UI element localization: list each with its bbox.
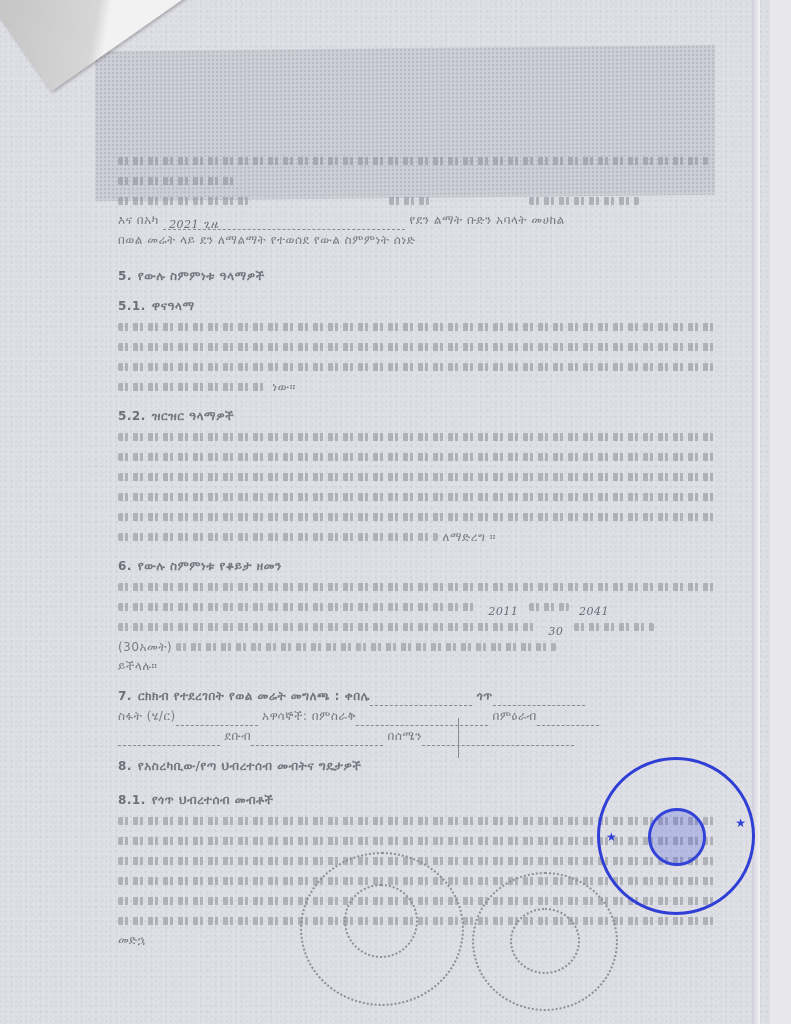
section-7-fields-row-3: ደቡብ በሰሜን [118,726,728,746]
pen-mark [458,718,459,758]
section-7-fields-row-2: ስፋት (ሄ/ር) አዋሳኞች: በምስራቅ በምዕራብ [118,706,728,726]
section-5-heading: 5.የውሉ ስምምነቱ ዓላማዎች [118,266,728,286]
faded-stamp-center [472,872,618,1011]
page-edge [752,0,760,1024]
section-5-1-heading: 5.1.ዋናዓላማ [118,296,728,316]
intro-line-1: እና በአካ 2021 ጊዜ የደን ልማት ቡድን አባላት መሀከል [118,210,728,230]
section-6-body: 2011 2041 30 (30አመት) ይችላሉ። [118,576,728,676]
section-5-1-body: ነው። [118,316,728,396]
official-blue-stamp: ★ ★ [597,757,755,915]
star-icon: ★ [606,830,617,844]
star-icon: ★ [735,816,746,830]
intro-prefix: እና በአካ [118,213,159,227]
scanned-page: እና በአካ 2021 ጊዜ የደን ልማት ቡድን አባላት መሀከል በወል… [0,0,770,1024]
section-5-2-heading: 5.2.ዝርዝር ዓላማዎች [118,406,728,426]
section-5-2-body: ለማድረግ ። [118,426,728,546]
stamp-inner-ring [344,884,418,958]
stamp-emblem-icon [648,808,706,866]
header-line-1 [118,150,728,170]
stamp-inner-ring [510,908,580,974]
section-6-heading: 6.የውሉ ስምምነቱ የቆይታ ዘመን [118,556,728,576]
intro-fill-in: 2021 ጊዜ [163,215,405,230]
section-7-heading: 7.ርክክብ የተደረገበት የወል መሬት መግለጫ : ቀበሌ ጎጥ [118,686,728,706]
intro-line-2: በወል መሬት ላይ ደን ለማልማት የተወሰደ የውል ስምምነት ሰነድ [118,230,728,250]
header-line-3 [118,190,728,210]
header-line-2 [118,170,728,190]
intro-suffix: የደን ልማት ቡድን አባላት መሀከል [409,213,564,227]
faded-stamp-left [300,852,464,1006]
